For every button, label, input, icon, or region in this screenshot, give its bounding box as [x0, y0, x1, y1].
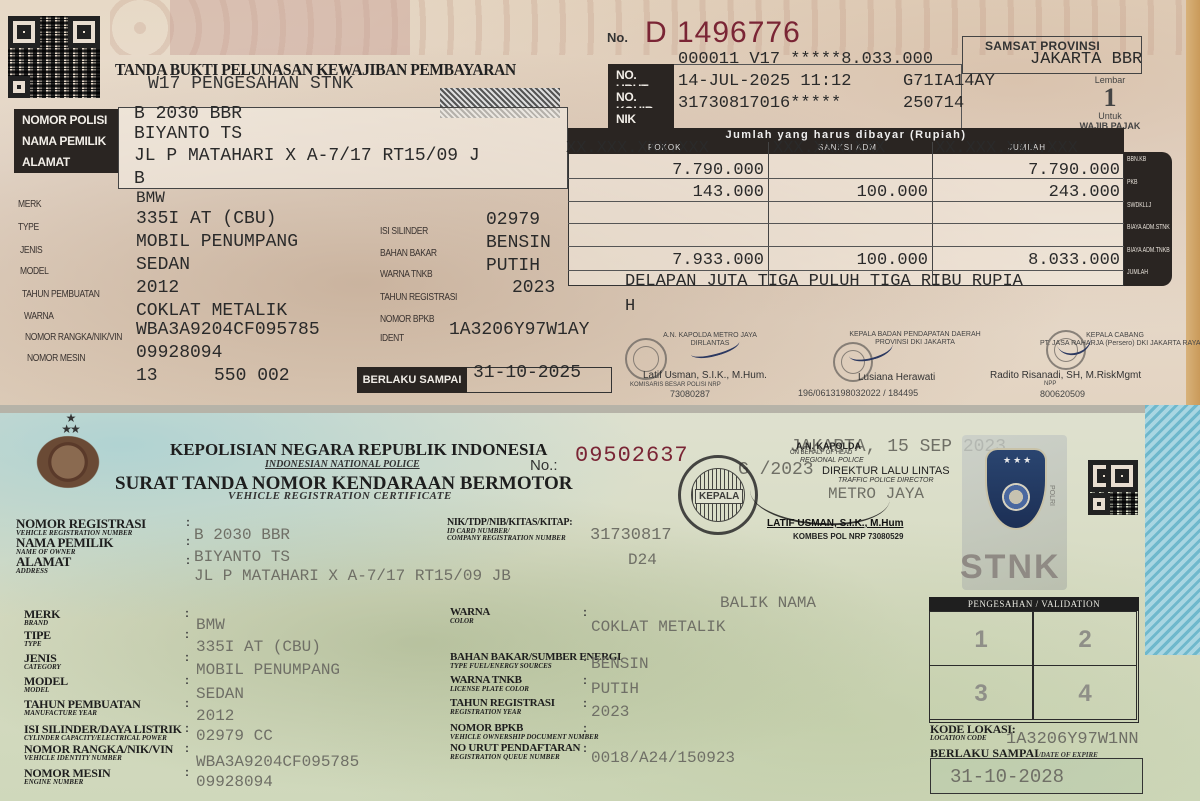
field-colon: :	[185, 606, 189, 620]
no-kohir-code: 250714	[903, 95, 964, 112]
field-colon: :	[186, 515, 190, 529]
validation-cell-3: 3	[929, 665, 1033, 720]
label-isi-silinder: ISI SILINDER	[380, 226, 428, 237]
label-tahun-registrasi: TAHUN REGISTRASI	[380, 292, 457, 303]
nik-label: NIK/TDP/NIB/KITAS/KITAP: ID CARD NUMBER/…	[447, 518, 572, 542]
field-value: 335I AT (CBU)	[196, 639, 321, 655]
label-nomor-bpkb: NOMOR BPKB	[380, 314, 434, 325]
label-warna-tnkb: WARNA TNKB	[380, 269, 432, 280]
nomor-mesin-value: 09928094	[136, 344, 222, 362]
field-label: NAMA PEMILIKNAME OF OWNER	[16, 536, 113, 556]
no-urut-code: G71IA14AY	[903, 73, 995, 90]
row-label: BIAYA ADM.STNK	[1127, 224, 1170, 231]
field-label-en: CYLINDER CAPACITY/ELECTRICAL POWER	[24, 735, 182, 742]
label-nomor-mesin: NOMOR MESIN	[27, 353, 85, 364]
field-colon: :	[583, 673, 587, 687]
payment-row-labels: BBN.KB PKB SWDKLLJ BIAYA ADM.STNK BIAYA …	[1124, 152, 1172, 286]
warna-value: COKLAT METALIK	[136, 302, 287, 320]
field-value: 2012	[196, 708, 234, 724]
ident-value: 1A3206Y97W1AY	[449, 321, 589, 339]
field-label-en: REGISTRATION QUEUE NUMBER	[450, 754, 580, 761]
shield-stars-icon: ★★★	[1003, 455, 1033, 466]
field-label: NOMOR RANGKA/NIK/VINVEHICLE IDENTITY NUM…	[24, 743, 173, 762]
field-label-en: LICENSE PLATE COLOR	[450, 686, 529, 693]
field-value: 09928094	[196, 774, 273, 790]
kode-lokasi-label: KODE LOKASI: LOCATION CODE	[930, 723, 1015, 742]
signatory-1-name: Latif Usman, S.I.K., M.Hum.	[643, 370, 767, 381]
payment-cell-jumlah: 243.000	[940, 184, 1120, 201]
field-colon: :	[185, 650, 189, 664]
field-colon: :	[583, 741, 587, 755]
field-label: ISI SILINDER/DAYA LISTRIKCYLINDER CAPACI…	[24, 723, 182, 742]
paper-edge	[0, 405, 1200, 413]
kode-lokasi-label-en: LOCATION CODE	[930, 735, 1015, 742]
qr-code-icon	[8, 16, 100, 98]
field-value: 2023	[591, 704, 629, 720]
mask-jumlah: XX.XXX.XXX.XXX	[935, 140, 1078, 157]
label-model: MODEL	[20, 266, 49, 277]
field-colon: :	[583, 605, 587, 619]
field-label-en: BRAND	[24, 620, 60, 627]
footer-code-b: 550 002	[214, 367, 290, 385]
field-colon: :	[583, 721, 587, 735]
field-value: COKLAT METALIK	[591, 619, 725, 635]
field-value: BMW	[196, 617, 225, 633]
no-kohir-value: 31730817016*****	[678, 95, 841, 112]
police-emblem-icon	[32, 432, 104, 492]
lembar-number: 1	[1075, 85, 1145, 111]
shield-emblem-icon	[1002, 483, 1030, 511]
field-colon: :	[583, 696, 587, 710]
mask-pokok: XX.XXX.XXX.XXX	[566, 140, 709, 157]
row-label: PKB	[1127, 179, 1138, 186]
row-divider	[568, 201, 1124, 202]
decorative-band	[170, 0, 410, 55]
model-value: SEDAN	[136, 256, 190, 274]
ref-line1: 000011 V17 *****8.033.000	[678, 51, 933, 68]
field-value: 0018/A24/150923	[591, 750, 735, 766]
certificate-no-label: No.:	[530, 457, 558, 474]
doc-no-value: D 1496776	[645, 16, 801, 50]
alamat-value-line1: JL P MATAHARI X A-7/17 RT15/09 J	[134, 147, 480, 165]
signatory-3-rank: NPP	[1044, 381, 1056, 387]
label-merk: MERK	[18, 199, 41, 210]
stamp-label: KEPALA	[695, 489, 743, 504]
field-label: NOMOR REGISTRASIVEHICLE REGISTRATION NUM…	[16, 517, 146, 537]
footer-code-a: 13	[136, 367, 158, 385]
nomor-polisi-value: B 2030 BBR	[134, 105, 242, 123]
validation-cell-4: 4	[1033, 665, 1137, 720]
field-label-en: CATEGORY	[24, 664, 61, 671]
field-colon: :	[185, 721, 189, 735]
field-value: SEDAN	[196, 686, 244, 702]
field-label: MODELMODEL	[24, 675, 68, 694]
warna-tnkb-value: PUTIH	[486, 257, 540, 275]
signatory-rank: KOMBES POL NRP 73080529	[793, 532, 903, 541]
samsat-label: SAMSAT PROVINSI	[985, 39, 1100, 53]
label-nomor-rangka: NOMOR RANGKA/NIK/VIN	[25, 332, 122, 343]
stnk-certificate: ★★★ KEPOLISIAN NEGARA REPUBLIK INDONESIA…	[0, 405, 1200, 801]
signatory-3-name: Radito Risanadi, SH, M.RiskMgmt	[990, 370, 1141, 381]
payment-cell-jumlah: 7.790.000	[940, 162, 1120, 179]
label-tahun-pembuatan: TAHUN PEMBUATAN	[22, 289, 100, 300]
receipt-subtitle: W17 PENGESAHAN STNK	[148, 74, 353, 94]
payment-cell-pokok: 7.933.000	[574, 252, 764, 269]
tahun-registrasi-value: 2023	[512, 279, 555, 297]
label-jenis: JENIS	[20, 245, 42, 256]
validation-cell-2: 2	[1033, 611, 1137, 666]
field-colon: :	[185, 741, 189, 755]
certificate-title-en: VEHICLE REGISTRATION CERTIFICATE	[228, 490, 452, 502]
tax-receipt: TANDA BUKTI PELUNASAN KEWAJIBAN PEMBAYAR…	[0, 0, 1200, 405]
field-label-en: REGISTRATION YEAR	[450, 709, 555, 716]
field-label-en: TYPE	[24, 641, 51, 648]
payment-cell-pokok: 143.000	[574, 184, 764, 201]
agency-name: KEPOLISIAN NEGARA REPUBLIK INDONESIA	[170, 440, 547, 460]
field-label-en: ENGINE NUMBER	[24, 779, 110, 786]
field-value: 02979 CC	[196, 728, 273, 744]
column-divider	[932, 142, 933, 286]
field-label: TIPETYPE	[24, 629, 51, 648]
nik-value: 31730817	[590, 527, 672, 544]
signatory-on-behalf-en: ON BEHALF OF HEAD	[790, 450, 852, 456]
mask-sanksi: XXX.XXX.XXX	[773, 140, 885, 157]
label-warna: WARNA	[24, 311, 54, 322]
field-label-en: VEHICLE OWNERSHIP DOCUMENT NUMBER	[450, 734, 599, 741]
label-alamat: ALAMAT	[14, 151, 118, 173]
terbilang-line2: H	[625, 298, 635, 315]
row-divider	[568, 223, 1124, 224]
field-label: WARNA TNKBLICENSE PLATE COLOR	[450, 675, 529, 693]
balik-nama: BALIK NAMA	[720, 595, 816, 611]
field-label: TAHUN REGISTRASIREGISTRATION YEAR	[450, 698, 555, 716]
row-label: BBN.KB	[1127, 156, 1146, 163]
field-label: JENISCATEGORY	[24, 652, 61, 671]
merk-value: BMW	[136, 190, 165, 206]
label-ident: IDENT	[380, 333, 404, 344]
payment-cell-pokok: 7.790.000	[574, 162, 764, 179]
row-label: JUMLAH	[1127, 269, 1148, 276]
field-label: MERKBRAND	[24, 608, 60, 627]
field-colon: :	[186, 553, 190, 567]
field-label: NO URUT PENDAFTARANREGISTRATION QUEUE NU…	[450, 743, 580, 761]
field-colon: :	[186, 534, 190, 548]
signatory-3-id: 800620509	[1040, 389, 1085, 399]
field-label-en: ADDRESS	[16, 568, 71, 575]
qr-code-icon	[1088, 460, 1138, 515]
signatory-1-title: A.N. KAPOLDA METRO JAYA	[655, 332, 765, 339]
field-value: MOBIL PENUMPANG	[196, 662, 340, 678]
field-label: WARNACOLOR	[450, 607, 490, 625]
tahun-pembuatan-value: 2012	[136, 279, 179, 297]
lembar-badge: Lembar 1 Untuk WAJIB PAJAK	[1075, 75, 1145, 131]
nik-extra: D24	[628, 552, 657, 568]
label-bahan-bakar: BAHAN BAKAR	[380, 248, 437, 259]
kepala-stamp-icon: KEPALA	[678, 455, 758, 535]
lembar-untuk: Untuk	[1075, 111, 1145, 121]
expiry-value: 31-10-2028	[950, 768, 1064, 787]
bahan-bakar-value: BENSIN	[486, 234, 551, 252]
no-urut-value: 14-JUL-2025 11:12	[678, 73, 851, 90]
isi-silinder-value: 02979	[486, 211, 540, 229]
validation-header: PENGESAHAN / VALIDATION	[929, 597, 1139, 611]
validation-cell-1: 1	[929, 611, 1033, 666]
field-label-en: MANUFACTURE YEAR	[24, 710, 141, 717]
field-value: BENSIN	[591, 656, 649, 672]
berlaku-value: 31-10-2025	[473, 364, 581, 382]
stnk-seal-text: STNK	[960, 548, 1061, 587]
row-divider	[568, 246, 1124, 247]
field-colon: :	[185, 696, 189, 710]
field-colon: :	[185, 765, 189, 779]
nama-pemilik-value: BIYANTO TS	[134, 125, 242, 143]
certificate-no-value: 09502637	[575, 443, 689, 468]
row-divider	[568, 270, 1124, 271]
security-pattern	[1145, 405, 1200, 655]
payment-cell-sanksi: 100.000	[778, 184, 928, 201]
field-colon: :	[185, 673, 189, 687]
row-label: BIAYA ADM.TNKB	[1127, 247, 1170, 254]
label-nomor-polisi: NOMOR POLISI	[14, 109, 118, 131]
type-value: 335I AT (CBU)	[136, 210, 276, 228]
field-value: BIYANTO TS	[194, 549, 290, 565]
label-type: TYPE	[18, 222, 39, 233]
label-nik: NIK	[608, 108, 674, 130]
alamat-value-line2: B	[134, 170, 145, 188]
field-label: ALAMATADDRESS	[16, 555, 71, 575]
jenis-value: MOBIL PENUMPANG	[136, 233, 298, 251]
field-value: B 2030 BBR	[194, 527, 290, 543]
field-colon: :	[583, 650, 587, 664]
field-label-en: COLOR	[450, 618, 490, 625]
signatory-1-rank: KOMISARIS BESAR POLISI NRP	[630, 382, 721, 388]
agency-name-en: INDONESIAN NATIONAL POLICE	[265, 459, 420, 470]
column-divider	[768, 142, 769, 286]
nik-label-en2: COMPANY REGISTRATION NUMBER	[447, 535, 572, 542]
signatory-1-id: 73080287	[670, 389, 710, 399]
signatory-regional: REGIONAL POLICE	[800, 457, 864, 464]
field-colon: :	[185, 627, 189, 641]
signatory-2-name: Lusiana Herawati	[858, 372, 935, 383]
payment-cell-jumlah: 8.033.000	[940, 252, 1120, 269]
field-label-en: MODEL	[24, 687, 68, 694]
label-nama-pemilik: NAMA PEMILIK	[14, 130, 118, 152]
field-value: JL P MATAHARI X A-7/17 RT15/09 JB	[194, 568, 511, 584]
field-label-en: VEHICLE IDENTITY NUMBER	[24, 755, 173, 762]
signatory-name: LATIF USMAN, S.I.K., M.Hum	[767, 518, 903, 529]
field-label: NOMOR BPKBVEHICLE OWNERSHIP DOCUMENT NUM…	[450, 723, 599, 741]
payment-cell-sanksi: 100.000	[778, 252, 928, 269]
row-label: SWDKLLJ	[1127, 202, 1151, 209]
shield-side-text: POLRI	[1048, 485, 1055, 506]
signatory-2-title: KEPALA BADAN PENDAPATAN DAERAH	[845, 331, 985, 338]
field-value: WBA3A9204CF095785	[196, 754, 359, 770]
doc-no-label: No.	[607, 30, 628, 45]
field-label: NOMOR MESINENGINE NUMBER	[24, 767, 110, 786]
terbilang-line1: DELAPAN JUTA TIGA PULUH TIGA RIBU RUPIA	[625, 273, 1023, 290]
field-value: PUTIH	[591, 681, 639, 697]
signatory-2-id: 196/0613198032022 / 184495	[798, 388, 918, 398]
field-label: TAHUN PEMBUATANMANUFACTURE YEAR	[24, 698, 141, 717]
berlaku-label: BERLAKU SAMPAI	[357, 367, 467, 393]
nomor-rangka-value: WBA3A9204CF095785	[136, 321, 320, 339]
